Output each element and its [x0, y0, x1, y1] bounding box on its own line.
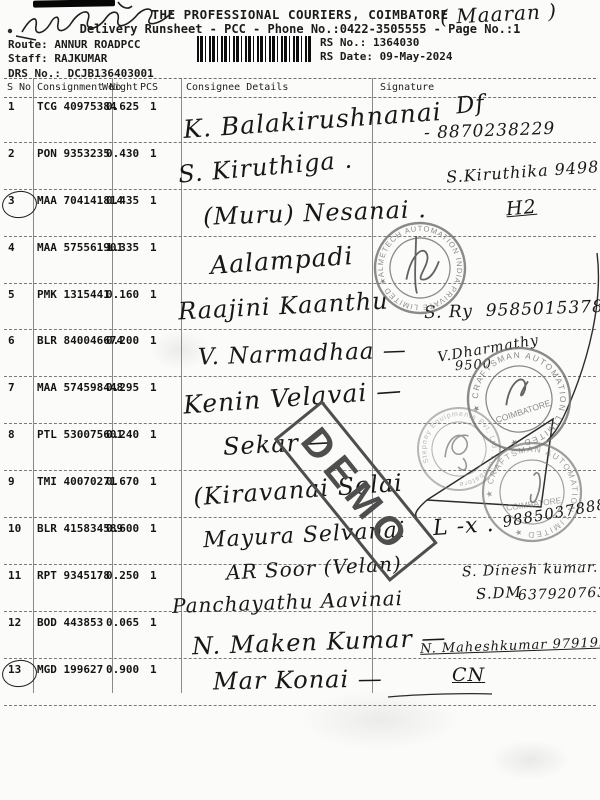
cell-serial-no: 10 — [8, 522, 21, 535]
cell-weight: 0.670 — [106, 475, 139, 488]
signature-phone: 6379207636 — [518, 584, 600, 603]
table-header: S No Consignment No Weight PCS Consignee… — [4, 78, 596, 98]
cell-pcs: 1 — [150, 428, 157, 441]
cell-serial-no: 1 — [8, 100, 15, 113]
signature-mark: H2 — [505, 196, 537, 221]
cell-pcs: 1 — [150, 194, 157, 207]
cell-serial-no: 11 — [8, 569, 21, 582]
handwritten-consignee: Mar Konai — — [213, 665, 383, 696]
cell-pcs: 1 — [150, 381, 157, 394]
col-weight: Weight — [102, 82, 138, 93]
cell-weight: 0.295 — [106, 381, 139, 394]
cell-pcs: 1 — [150, 663, 157, 676]
rs-date-line: RS Date: 09-May-2024 — [320, 50, 452, 63]
cell-weight: 0.900 — [106, 663, 139, 676]
signature-scribble — [500, 377, 533, 405]
cell-weight: 0.160 — [106, 288, 139, 301]
cell-pcs: 1 — [150, 334, 157, 347]
cell-consignment-no: PMK 1315441 — [37, 288, 110, 301]
staff-line: Staff: RAJKUMAR — [8, 52, 107, 65]
cell-consignment-no: MGD 199627 — [37, 663, 103, 676]
pen-circle — [0, 658, 38, 689]
pen-circle — [0, 189, 38, 220]
cell-pcs: 1 — [150, 100, 157, 113]
cell-serial-no: 2 — [8, 147, 15, 160]
signature-mark: S.DM — [476, 583, 523, 603]
cell-serial-no: 6 — [8, 334, 15, 347]
col-pcs: PCS — [140, 82, 158, 93]
cell-serial-no: 7 — [8, 381, 15, 394]
cell-weight: 0.250 — [106, 569, 139, 582]
cell-pcs: 1 — [150, 569, 157, 582]
cell-weight: 0.430 — [106, 147, 139, 160]
cell-consignment-no: RPT 9345178 — [37, 569, 110, 582]
cell-weight: 0.200 — [106, 334, 139, 347]
rs-no-label: RS No.: — [320, 36, 366, 49]
cell-consignment-no: PON 9353235 — [37, 147, 110, 160]
signature-mark: L -x . — [432, 512, 495, 541]
cell-consignment-no: TCG 40975384 — [37, 100, 116, 113]
cell-weight: 0.600 — [106, 522, 139, 535]
route-line: Route: ANNUR ROADPCC — [8, 38, 140, 51]
cell-consignment-no: BOD 443853 — [37, 616, 103, 629]
rs-date-label: RS Date: — [320, 50, 373, 63]
rs-date-value: 09-May-2024 — [380, 50, 453, 63]
cell-weight: 0.435 — [106, 194, 139, 207]
signature-scribble — [397, 232, 445, 295]
rs-no-line: RS No.: 1364030 — [320, 36, 419, 49]
cell-serial-no: 12 — [8, 616, 21, 629]
cell-serial-no: 9 — [8, 475, 15, 488]
cell-serial-no: 4 — [8, 241, 15, 254]
cell-pcs: 1 — [150, 147, 157, 160]
barcode — [197, 36, 311, 62]
col-signature: Signature — [380, 82, 434, 93]
cell-weight: 0.625 — [106, 100, 139, 113]
signature-mark: CN — [452, 664, 485, 686]
col-consignee: Consignee Details — [186, 82, 288, 93]
staff-label: Staff: — [8, 52, 48, 65]
route-label: Route: — [8, 38, 48, 51]
stamp-ring-text: ALMETECH AUTOMATION INDIA PRIVATE LIMITE… — [366, 215, 473, 322]
cell-pcs: 1 — [150, 475, 157, 488]
staff-value: RAJKUMAR — [54, 52, 107, 65]
cell-pcs: 1 — [150, 616, 157, 629]
cell-serial-no: 8 — [8, 428, 15, 441]
scan-smudge — [490, 740, 570, 780]
route-value: ANNUR ROADPCC — [54, 38, 140, 51]
cell-serial-no: 5 — [8, 288, 15, 301]
cell-consignment-no: TMI 40070271 — [37, 475, 116, 488]
scanned-delivery-runsheet: THE PROFESSIONAL COURIERS, COIMBATORE De… — [0, 0, 600, 800]
cell-pcs: 1 — [150, 288, 157, 301]
cell-pcs: 1 — [150, 241, 157, 254]
cell-weight: 0.240 — [106, 428, 139, 441]
cell-weight: 1.335 — [106, 241, 139, 254]
svg-text:ALMETECH AUTOMATION INDIA PRIV: ALMETECH AUTOMATION INDIA PRIVATE LIMITE… — [366, 215, 473, 322]
rs-no-value: 1364030 — [373, 36, 419, 49]
col-sno: S No — [7, 82, 31, 93]
cell-weight: 0.065 — [106, 616, 139, 629]
signature-mark: Df — [455, 91, 487, 120]
cell-pcs: 1 — [150, 522, 157, 535]
